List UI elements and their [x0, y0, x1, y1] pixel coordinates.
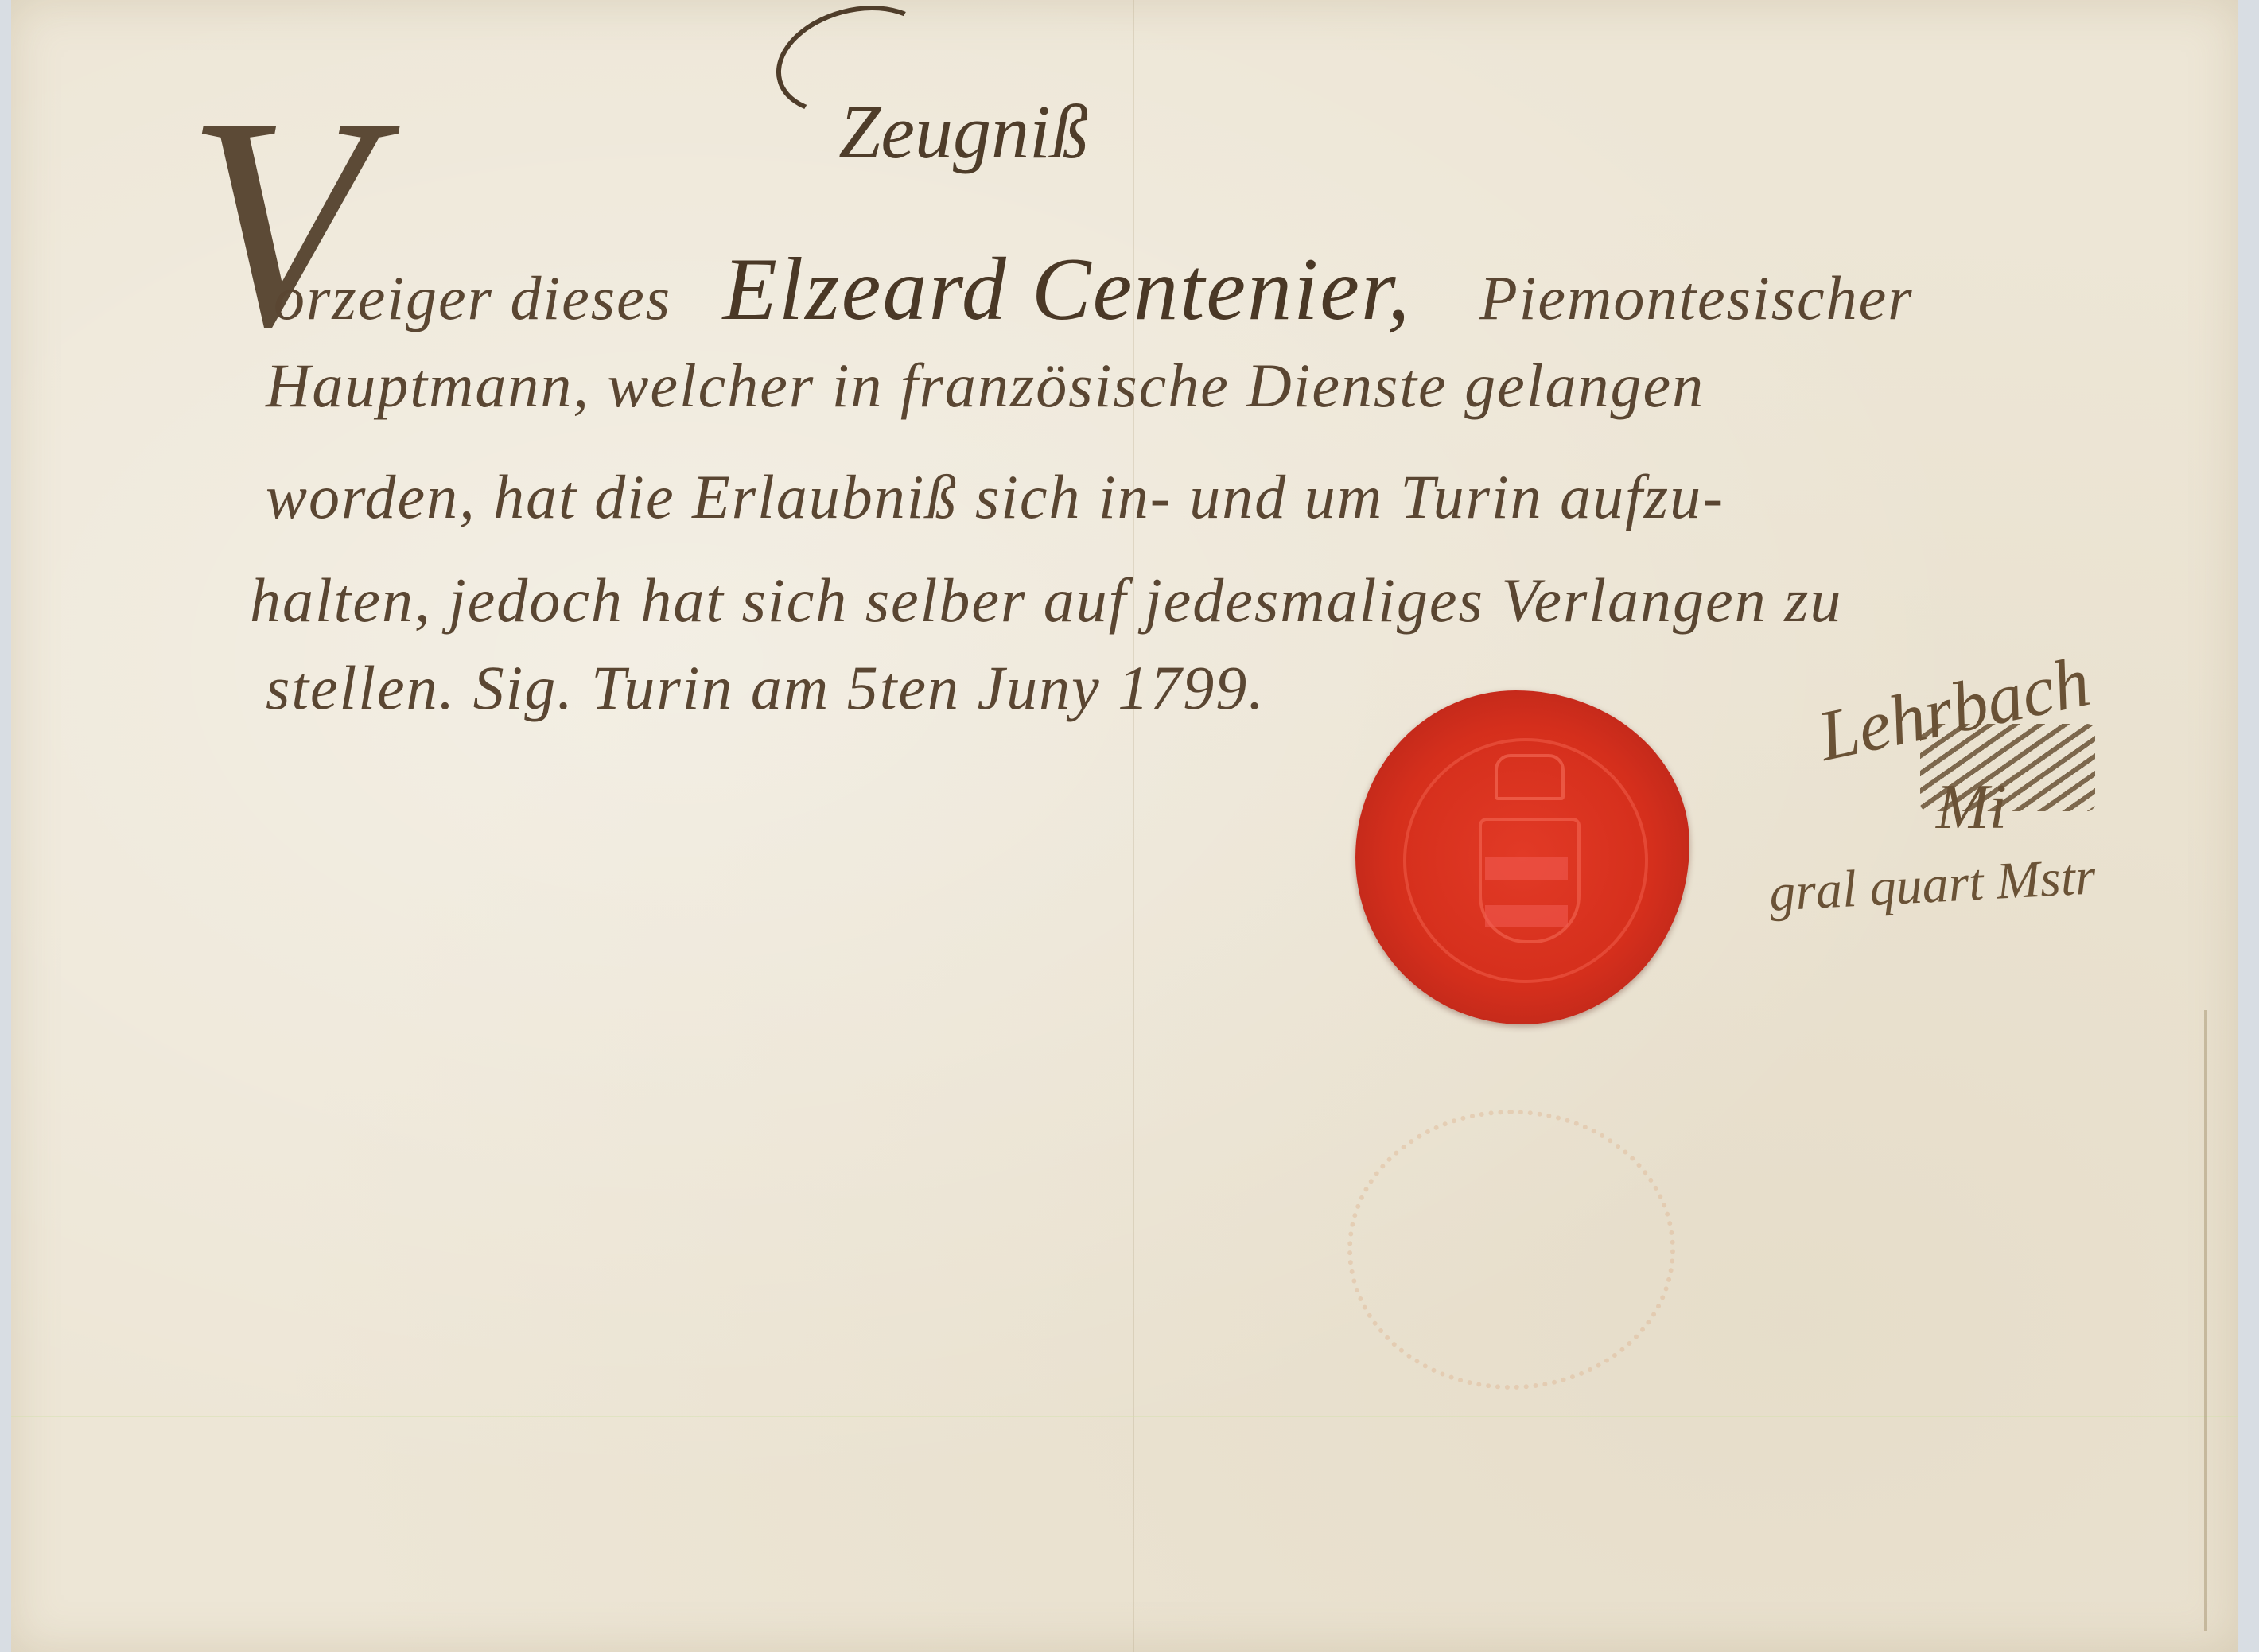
line-1-tail: Piemontesischer [1479, 263, 1914, 332]
wax-seal [1355, 690, 1689, 1024]
crown-icon [1495, 754, 1565, 800]
document-paper: Zeugniß V orzeiger dieses Elzeard Centen… [11, 0, 2238, 1652]
seal-bar [1485, 905, 1568, 927]
text-line-5: stellen. Sig. Turin am 5ten Juny 1799. [266, 652, 1266, 724]
document-title: Zeugniß [838, 87, 1089, 176]
text-line-3: worden, hat die Erlaubniß sich in- und u… [266, 461, 1724, 533]
text-line-2: Hauptmann, welcher in französische Diens… [266, 350, 1705, 422]
seal-bar [1485, 857, 1568, 880]
faint-stamp-mark [1347, 1110, 1675, 1390]
signature-title: gral quart Mstr [1767, 846, 2097, 923]
line-1-text: orzeiger dieses [274, 263, 671, 332]
signature-second-line: Mi [1936, 772, 2007, 844]
horizontal-fold-line [11, 1416, 2238, 1417]
paper-edge [2204, 1010, 2207, 1631]
text-line-4: halten, jedoch hat sich selber auf jedes… [250, 565, 1843, 636]
text-line-1: orzeiger dieses Elzeard Centenier, Piemo… [274, 239, 1914, 341]
person-name: Elzeard Centenier, [723, 240, 1412, 339]
